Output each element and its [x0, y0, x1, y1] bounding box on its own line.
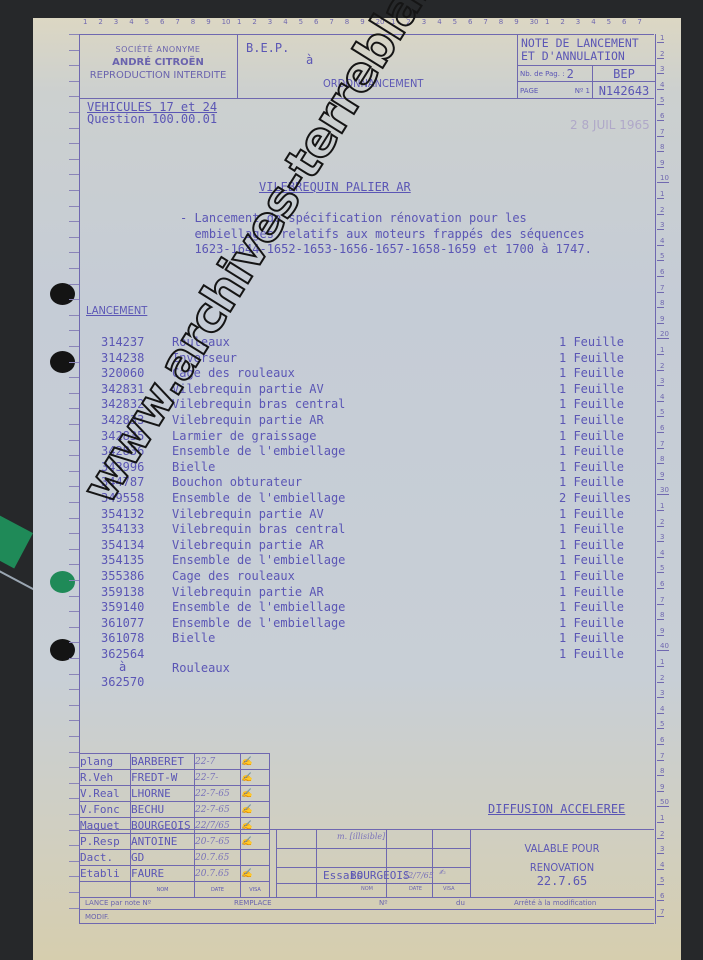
ruler-tick: 7	[483, 18, 487, 26]
doc-type-line2: ET D'ANNULATION	[521, 50, 655, 63]
ruler-tick: 8	[657, 299, 664, 308]
sig-nom: BECHU	[131, 802, 195, 818]
list-item: 354133Vilebrequin bras central1 Feuille	[101, 522, 641, 538]
ruler-tick	[69, 689, 79, 690]
part-code: 359138	[101, 585, 144, 599]
company-line1: SOCIÉTÉ ANONYME	[79, 45, 237, 54]
col-label-visa: VISA	[443, 886, 455, 892]
part-code: 361078	[101, 631, 144, 645]
ruler-tick: 2	[657, 206, 664, 215]
part-qty: 1 Feuille	[559, 397, 624, 411]
bep-label: BEP	[613, 67, 635, 81]
ruler-tick: 10	[657, 174, 669, 183]
ruler-tick: 4	[657, 549, 664, 558]
list-item: 342835Larmier de graissage1 Feuille	[101, 429, 641, 445]
ruler-tick: 6	[657, 580, 664, 589]
sig-visa: ✍	[241, 770, 270, 786]
range-from: 362564	[101, 647, 144, 661]
ruler-tick	[69, 424, 79, 425]
part-qty: 1 Feuille	[559, 522, 624, 536]
ruler-tick	[69, 518, 79, 519]
part-label: Ensemble de l'embiellage	[172, 444, 345, 458]
ruler-tick: 4	[591, 18, 595, 26]
part-qty: 1 Feuille	[559, 600, 624, 614]
ruler-tick: 2	[657, 830, 664, 839]
ruler-tick	[69, 814, 79, 815]
sig-role: V.Real	[80, 786, 131, 802]
list-item: 354132Vilebrequin partie AV1 Feuille	[101, 507, 641, 523]
sig-role: plang	[80, 754, 131, 770]
part-qty: 1 Feuille	[559, 460, 624, 474]
ruler-tick: 5	[657, 252, 664, 261]
part-qty: 1 Feuille	[559, 585, 624, 599]
part-label: Ensemble de l'embiellage	[172, 600, 345, 614]
ruler-tick	[69, 330, 79, 331]
ruler-tick	[69, 299, 79, 300]
part-code: 314237	[101, 335, 144, 349]
ruler-tick: 5	[657, 876, 664, 885]
ruler-tick: 1	[657, 814, 664, 823]
ruler-tick: 4	[657, 237, 664, 246]
ruler-tick	[69, 206, 79, 207]
ruler-tick: 9	[657, 471, 664, 480]
company-line3: REPRODUCTION INTERDITE	[79, 70, 237, 81]
list-item: 361077Ensemble de l'embiellage1 Feuille	[101, 616, 641, 632]
ruler-tick: 6	[657, 424, 664, 433]
ruler-tick: 1	[657, 34, 664, 43]
modif-label: MODIF.	[85, 913, 109, 921]
diffusion-label: DIFFUSION ACCELEREE	[488, 802, 625, 816]
ruler-tick	[69, 190, 79, 191]
ruler-tick	[69, 752, 79, 753]
part-label: Bielle	[172, 631, 215, 645]
ruler-tick: 1	[657, 658, 664, 667]
sig-date: 22-7-65	[195, 802, 241, 818]
to-marker: à	[306, 53, 313, 67]
ruler-tick	[69, 705, 79, 706]
ruler-tick	[69, 580, 79, 581]
lancement-heading: LANCEMENT	[86, 304, 147, 317]
ruler-tick: 5	[145, 18, 149, 26]
ruler-tick	[69, 315, 79, 316]
ruler-tick	[69, 455, 79, 456]
part-code: 361077	[101, 616, 144, 630]
ruler-tick: 6	[657, 736, 664, 745]
ruler-tick: 5	[657, 408, 664, 417]
ruler-tick: 6	[160, 18, 164, 26]
part-code: 355386	[101, 569, 144, 583]
range-label: Rouleaux	[172, 661, 230, 675]
ruler-tick: 7	[657, 440, 664, 449]
ruler-tick: 1	[657, 190, 664, 199]
ruler-tick	[69, 252, 79, 253]
part-qty: 1 Feuille	[559, 366, 624, 380]
ruler-tick	[69, 362, 79, 363]
ruler-tick: 9	[657, 783, 664, 792]
ruler-tick: 8	[657, 143, 664, 152]
ruler-tick: 3	[114, 18, 118, 26]
list-item: 355386Cage des rouleaux1 Feuille	[101, 569, 641, 585]
part-qty: 1 Feuille	[559, 616, 624, 630]
ruler-tick	[69, 658, 79, 659]
ruler-tick	[69, 783, 79, 784]
part-label: Larmier de graissage	[172, 429, 317, 443]
list-item: 359140Ensemble de l'embiellage1 Feuille	[101, 600, 641, 616]
ruler-tick	[69, 284, 79, 285]
ruler-tick: 2	[657, 362, 664, 371]
ruler-tick: 7	[637, 18, 641, 26]
part-label: Vilebrequin bras central	[172, 397, 345, 411]
ruler-tick	[69, 268, 79, 269]
ruler-tick	[69, 502, 79, 503]
validation-block: Essais m. [illisible] BOURGEOIS 22/7/65 …	[79, 829, 654, 898]
ruler-tick: 3	[657, 533, 664, 542]
ruler-tick: 6	[657, 892, 664, 901]
background-line	[0, 565, 34, 590]
ruler-tick: 5	[657, 720, 664, 729]
valable-date: 22.7.65	[470, 874, 654, 888]
signature-row: plangBARBERET22-7✍	[80, 754, 270, 770]
part-qty: 2 Feuilles	[559, 491, 631, 505]
part-label: Bouchon obturateur	[172, 475, 302, 489]
ruler-tick: 4	[657, 861, 664, 870]
ruler-tick: 7	[657, 128, 664, 137]
sig-nom: LHORNE	[131, 786, 195, 802]
part-label: Ensemble de l'embiellage	[172, 553, 345, 567]
ruler-tick	[69, 533, 79, 534]
ruler-tick: 4	[437, 18, 441, 26]
ruler-tick: 8	[657, 611, 664, 620]
list-item: 359138Vilebrequin partie AR1 Feuille	[101, 585, 641, 601]
ruler-tick: 3	[268, 18, 272, 26]
ruler-tick: 30	[530, 18, 539, 26]
part-code: 359140	[101, 600, 144, 614]
ruler-tick: 4	[283, 18, 287, 26]
essais-note: m. [illisible]	[337, 832, 385, 841]
part-qty: 1 Feuille	[559, 507, 624, 521]
form-footer: LANCE par note Nº REMPLACE Nº du Arrêté …	[79, 896, 654, 924]
part-label: Vilebrequin partie AR	[172, 538, 324, 552]
ruler-tick	[69, 65, 79, 66]
range-to: 362570	[101, 675, 144, 689]
ruler-tick: 20	[657, 330, 669, 339]
ruler-tick	[69, 81, 79, 82]
ruler-tick: 7	[657, 596, 664, 605]
ruler-tick	[69, 876, 79, 877]
part-qty: 1 Feuille	[559, 444, 624, 458]
from-department: B.E.P.	[246, 41, 289, 55]
ruler-tick: 7	[329, 18, 333, 26]
part-qty: 1 Feuille	[559, 335, 624, 349]
pages-row: Nb. de Pag. :2 BEP	[518, 66, 655, 82]
ruler-tick: 5	[657, 564, 664, 573]
ruler-tick: 1	[83, 18, 87, 26]
sig-date: 22-7-65	[195, 786, 241, 802]
ruler-tick: 9	[657, 627, 664, 636]
ruler-tick: 4	[657, 705, 664, 714]
nb-pages-label: Nb. de Pag. :	[518, 67, 567, 81]
note-number: N142643	[599, 84, 650, 98]
ruler-tick	[69, 440, 79, 441]
ruler-tick: 8	[191, 18, 195, 26]
du-label: du	[456, 899, 465, 907]
ruler-tick	[69, 96, 79, 97]
essais-date: 22/7/65	[403, 871, 434, 880]
col-label-date: DATE	[409, 886, 422, 892]
ruler-tick: 30	[657, 486, 669, 495]
ruler-tick: 9	[657, 159, 664, 168]
ruler-tick: 3	[657, 65, 664, 74]
ruler-tick: 7	[657, 908, 664, 917]
vehicles-block: VEHICULES 17 et 24 Question 100.00.01	[87, 101, 217, 125]
ruler-tick	[69, 627, 79, 628]
part-qty: 1 Feuille	[559, 569, 624, 583]
company-block: SOCIÉTÉ ANONYME ANDRÉ CITROËN REPRODUCTI…	[79, 35, 238, 98]
ruler-tick: 5	[607, 18, 611, 26]
ruler-tick: 4	[657, 81, 664, 90]
ruler-tick	[69, 845, 79, 846]
ruler-tick: 5	[299, 18, 303, 26]
ruler-tick	[69, 642, 79, 643]
part-qty: 1 Feuille	[559, 429, 624, 443]
ruler-tick	[69, 798, 79, 799]
ruler-tick: 1	[545, 18, 549, 26]
ruler-tick	[69, 174, 79, 175]
sig-role: R.Veh	[80, 770, 131, 786]
background-green-strip	[0, 505, 33, 568]
sig-visa: ✍	[241, 754, 270, 770]
ruler-tick	[69, 128, 79, 129]
ruler-tick: 7	[657, 752, 664, 761]
nb-pages-value: 2	[567, 67, 574, 81]
ruler-tick: 8	[657, 767, 664, 776]
question-ref: Question 100.00.01	[87, 113, 217, 125]
ruler-tick	[69, 393, 79, 394]
list-item: 354135Ensemble de l'embiellage1 Feuille	[101, 553, 641, 569]
part-label: Ensemble de l'embiellage	[172, 491, 345, 505]
ruler-tick: 2	[560, 18, 564, 26]
signature-row: V.RealLHORNE22-7-65✍	[80, 786, 270, 802]
ruler-tick: 2	[657, 518, 664, 527]
ruler-tick	[69, 611, 79, 612]
ruler-tick	[69, 112, 79, 113]
ruler-tick	[69, 720, 79, 721]
ruler-tick: 6	[622, 18, 626, 26]
doc-id-block: NOTE DE LANCEMENT ET D'ANNULATION Nb. de…	[517, 35, 655, 98]
part-qty: 1 Feuille	[559, 631, 624, 645]
arrete-label: Arrêté à la modification	[514, 899, 596, 907]
ruler-tick	[69, 892, 79, 893]
part-code: 354134	[101, 538, 144, 552]
part-code: 354132	[101, 507, 144, 521]
part-qty: 1 Feuille	[559, 382, 624, 396]
received-date-stamp: 2 8 JUIL 1965	[570, 118, 650, 132]
sig-nom: FREDT-W	[131, 770, 195, 786]
ruler-tick	[69, 830, 79, 831]
part-qty: 1 Feuille	[559, 538, 624, 552]
ruler-tick	[69, 736, 79, 737]
ruler-tick	[69, 221, 79, 222]
ruler-tick: 1	[657, 346, 664, 355]
col-label-nom: NOM	[361, 886, 373, 892]
sig-role: V.Fonc	[80, 802, 131, 818]
part-code: 314238	[101, 351, 144, 365]
ruler-tick: 3	[576, 18, 580, 26]
ruler-tick: 1	[657, 502, 664, 511]
part-label: Vilebrequin partie AR	[172, 413, 324, 427]
sig-visa: ✍	[241, 802, 270, 818]
remplace-label: REMPLACE	[234, 899, 272, 907]
valable-block: VALABLE POUR RENOVATION 22.7.65	[470, 830, 654, 897]
ruler-tick: 50	[657, 798, 669, 807]
ruler-tick: 7	[657, 284, 664, 293]
part-label: Vilebrequin partie AR	[172, 585, 324, 599]
ruler-tick: 7	[175, 18, 179, 26]
ruler-tick	[69, 767, 79, 768]
essais-visa: ✍	[439, 865, 446, 878]
ruler-tick	[69, 346, 79, 347]
signature-row: R.VehFREDT-W22-7-✍	[80, 770, 270, 786]
sig-nom: BARBERET	[131, 754, 195, 770]
ruler-tick: 2	[657, 50, 664, 59]
signature-row: V.FoncBECHU22-7-65✍	[80, 802, 270, 818]
right-ruler: 1234567891012345678920123456789301234567…	[655, 34, 675, 924]
ruler-tick: 9	[514, 18, 518, 26]
list-item: 344787Bouchon obturateur1 Feuille	[101, 475, 641, 491]
ruler-tick	[69, 237, 79, 238]
ruler-tick: 8	[499, 18, 503, 26]
part-code: 354133	[101, 522, 144, 536]
ruler-tick	[69, 861, 79, 862]
ruler-tick: 2	[657, 674, 664, 683]
ruler-tick: 9	[657, 315, 664, 324]
range-sep: à	[119, 660, 126, 674]
doc-type: NOTE DE LANCEMENT ET D'ANNULATION	[518, 35, 655, 66]
sig-date: 22-7	[195, 754, 241, 770]
ruler-tick: 2	[98, 18, 102, 26]
ruler-tick: 9	[206, 18, 210, 26]
part-label: Vilebrequin bras central	[172, 522, 345, 536]
ruler-tick: 3	[657, 845, 664, 854]
list-item: 342833Vilebrequin partie AR1 Feuille	[101, 413, 641, 429]
ruler-tick: 5	[453, 18, 457, 26]
list-item-range: 362564à362570Rouleaux1 Feuille	[101, 647, 641, 697]
ruler-tick	[69, 159, 79, 160]
company-name: ANDRÉ CITROËN	[79, 57, 237, 68]
ruler-tick: 6	[657, 112, 664, 121]
page-number: Nº 1	[573, 84, 592, 98]
ruler-tick: 3	[657, 689, 664, 698]
lance-par-label: LANCE par note Nº	[85, 899, 151, 907]
list-item: 342836Ensemble de l'embiellage1 Feuille	[101, 444, 641, 460]
essais-nom: BOURGEOIS	[350, 869, 410, 882]
ruler-tick: 3	[657, 377, 664, 386]
sig-visa: ✍	[241, 786, 270, 802]
ruler-tick	[69, 377, 79, 378]
list-item: 354134Vilebrequin partie AR1 Feuille	[101, 538, 641, 554]
part-qty: 1 Feuille	[559, 413, 624, 427]
list-item: 349558Ensemble de l'embiellage2 Feuilles	[101, 491, 641, 507]
valable-line2: RENOVATION	[470, 861, 654, 874]
part-qty: 1 Feuille	[559, 351, 624, 365]
ruler-tick	[69, 34, 79, 35]
ruler-tick: 4	[657, 393, 664, 402]
part-label: Bielle	[172, 460, 215, 474]
part-qty: 1 Feuille	[559, 475, 624, 489]
ruler-tick	[69, 143, 79, 144]
ruler-tick	[69, 674, 79, 675]
ruler-tick	[69, 596, 79, 597]
ruler-tick: 4	[129, 18, 133, 26]
ruler-tick: 3	[657, 221, 664, 230]
part-qty: 1 Feuille	[559, 553, 624, 567]
ruler-tick	[69, 408, 79, 409]
page-label: PAGE	[518, 84, 540, 98]
ruler-tick: 6	[314, 18, 318, 26]
ruler-tick	[69, 564, 79, 565]
ruler-tick: 8	[657, 455, 664, 464]
ruler-tick: 8	[345, 18, 349, 26]
ruler-tick: 6	[468, 18, 472, 26]
ruler-tick	[69, 908, 79, 909]
ruler-tick: 5	[657, 96, 664, 105]
valable-line1: VALABLE POUR	[470, 842, 654, 855]
part-code: 354135	[101, 553, 144, 567]
ruler-tick	[69, 50, 79, 51]
part-label: Cage des rouleaux	[172, 569, 295, 583]
list-item: 343996Bielle1 Feuille	[101, 460, 641, 476]
part-label: Vilebrequin partie AV	[172, 507, 324, 521]
no-label: Nº	[379, 899, 388, 907]
ruler-tick: 6	[657, 268, 664, 277]
ruler-tick: 2	[252, 18, 256, 26]
page-row: PAGENº 1 N142643	[518, 82, 655, 99]
range-qty: 1 Feuille	[559, 647, 624, 661]
ruler-tick: 10	[222, 18, 231, 26]
part-label: Ensemble de l'embiellage	[172, 616, 345, 630]
sig-date: 22-7-	[195, 770, 241, 786]
ruler-tick	[69, 549, 79, 550]
ruler-tick: 1	[237, 18, 241, 26]
ruler-tick: 40	[657, 642, 669, 651]
list-item: 361078Bielle1 Feuille	[101, 631, 641, 647]
